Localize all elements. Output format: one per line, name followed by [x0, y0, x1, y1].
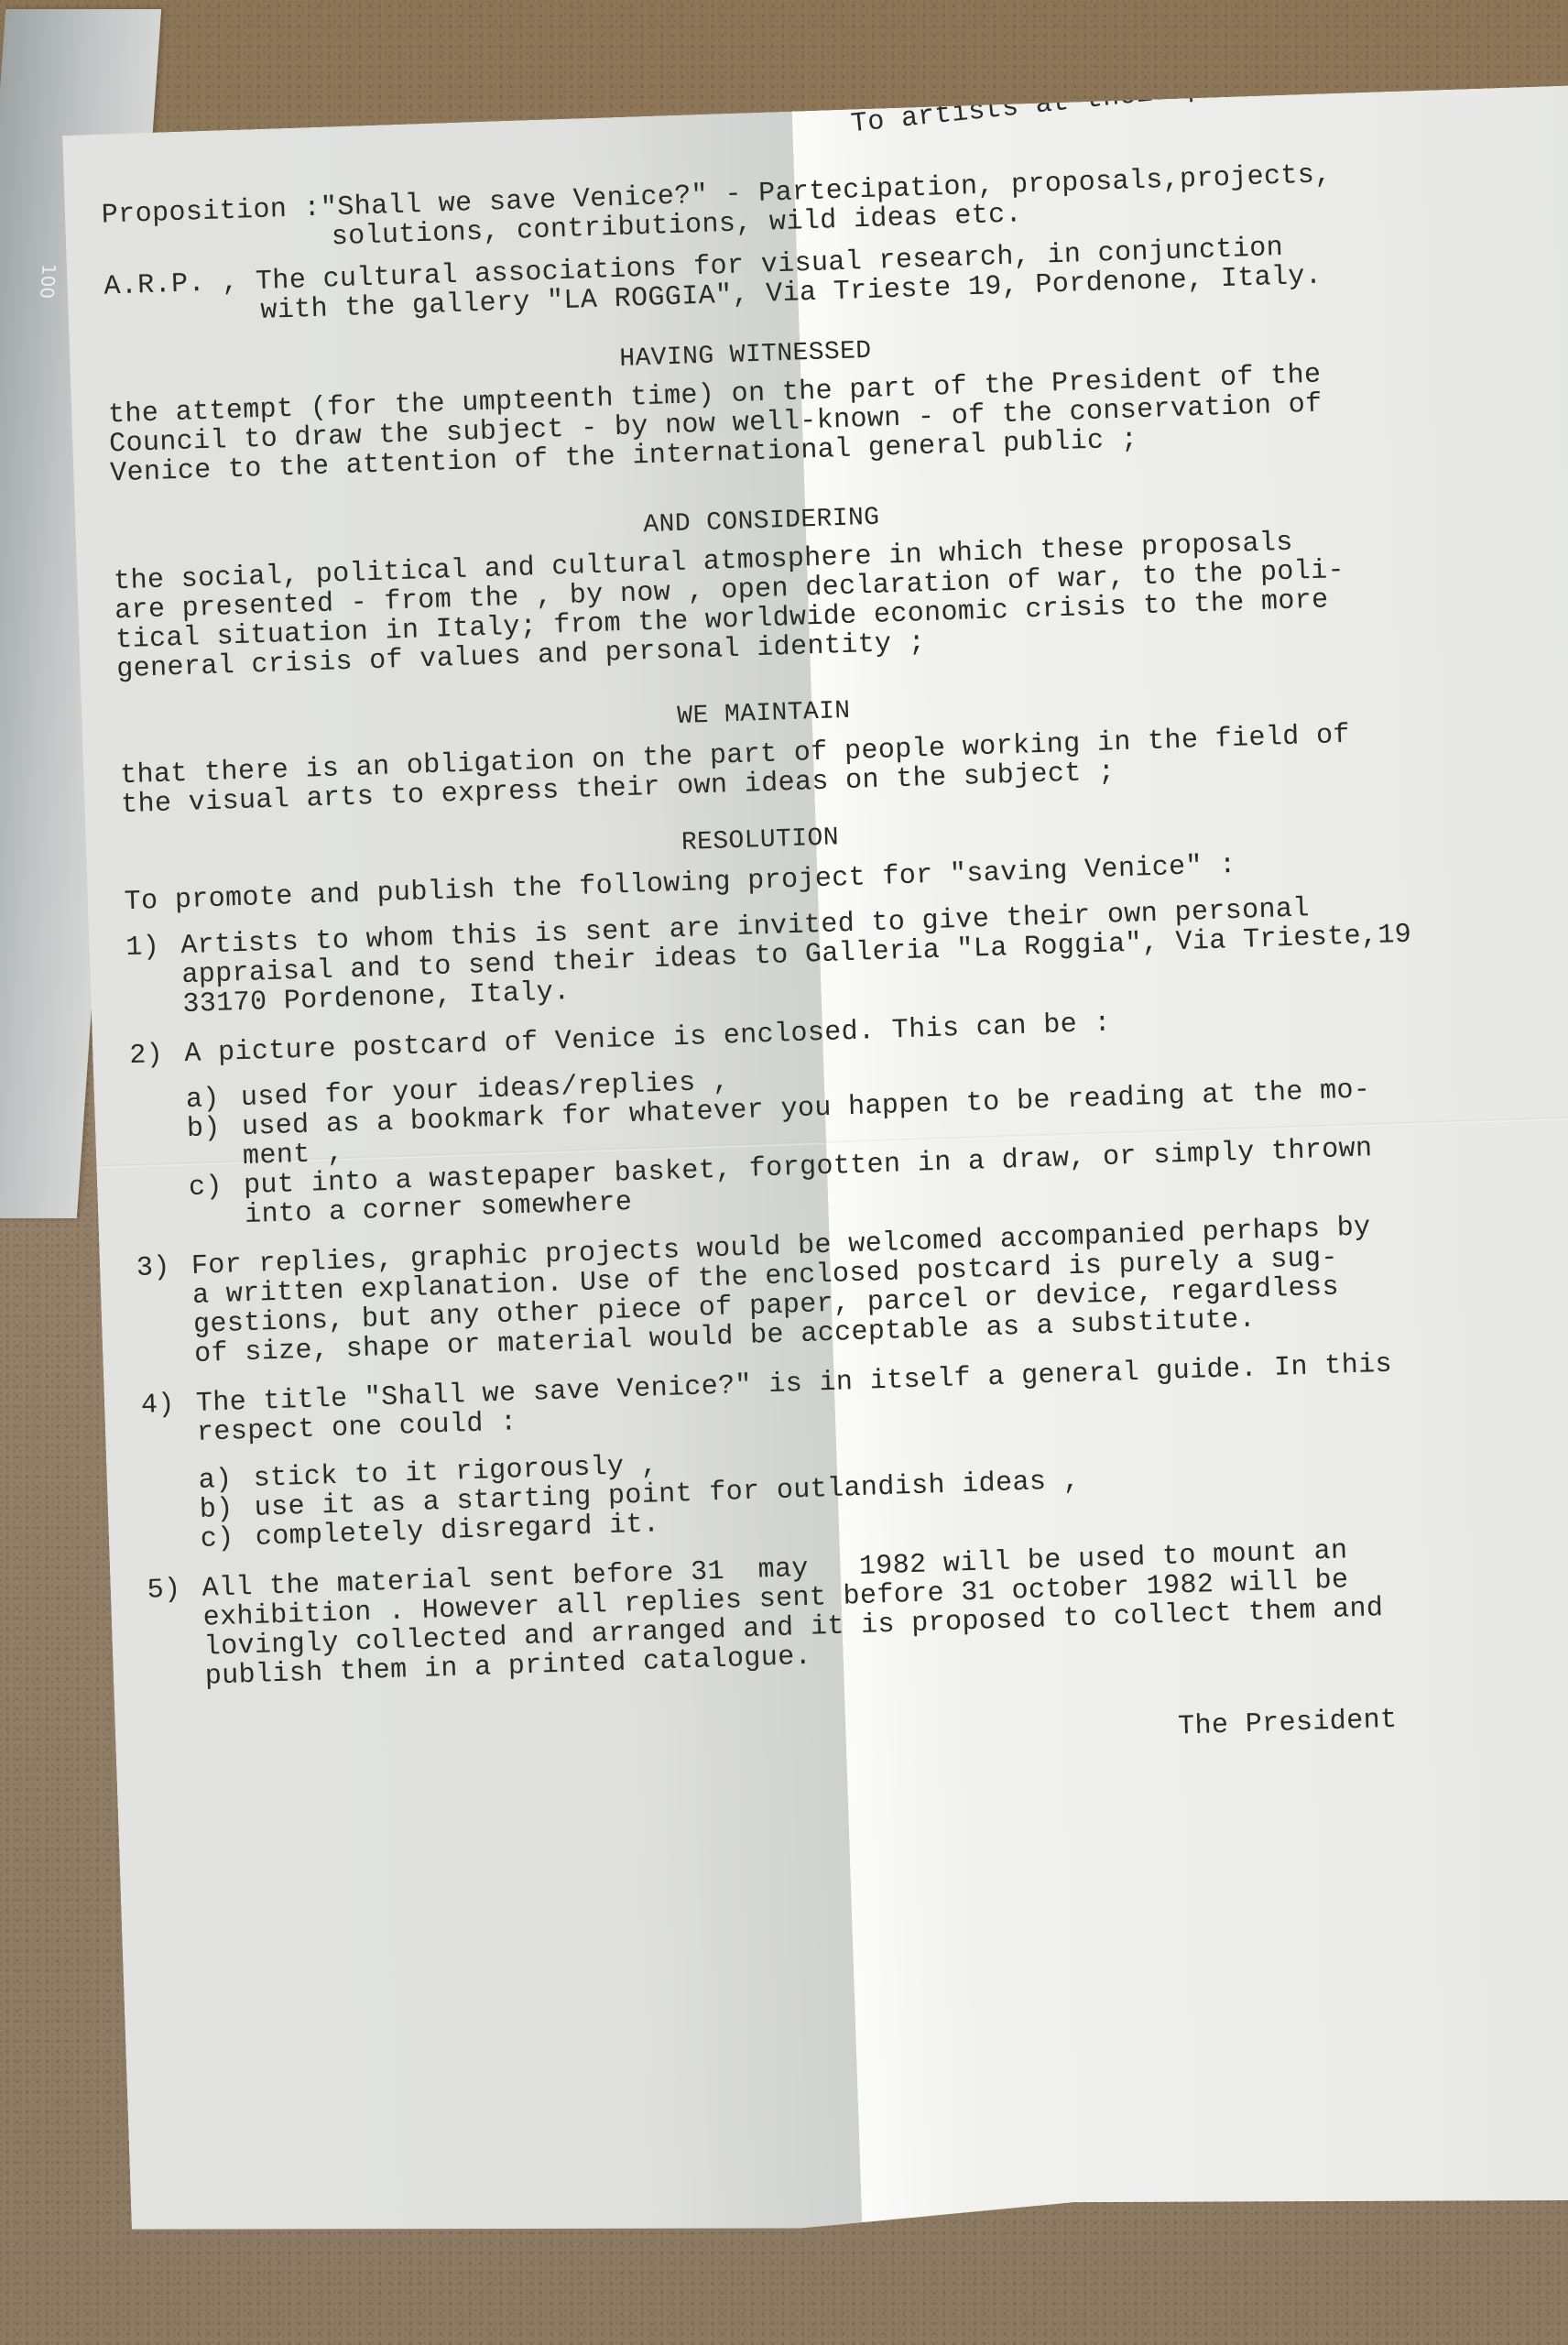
heading-we-maintain: WE MAINTAIN [677, 696, 851, 733]
point-number: 1) [125, 932, 160, 964]
bleed-through-texture [161, 875, 1562, 1744]
heading-resolution: RESOLUTION [681, 823, 839, 859]
underlying-sheet-mark: 100 [36, 264, 60, 299]
point-number: 5) [147, 1575, 181, 1607]
point-number: 2) [129, 1040, 164, 1072]
point-number: 4) [140, 1390, 175, 1422]
point-number: 3) [136, 1252, 170, 1284]
letter-paper: To artists at their places of work. Prop… [62, 85, 1568, 2251]
